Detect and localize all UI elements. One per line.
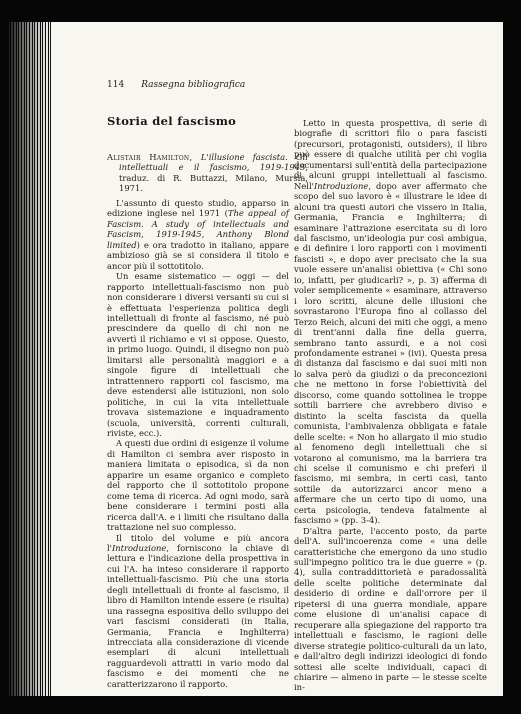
paragraph: Il titolo del volume e più ancora l'Intr…	[107, 533, 289, 690]
paragraph: A questi due ordini di esigenze il volum…	[107, 438, 289, 532]
text-run-italic: Introduzione	[314, 181, 368, 191]
paragraph: Un esame sistematico — oggi — del rappor…	[107, 271, 289, 438]
text-run: A questi due ordini di esigenze il volum…	[107, 438, 289, 532]
book-page: 114 Rassegna bibliografica Storia del fa…	[8, 22, 503, 696]
running-header: 114 Rassegna bibliografica	[107, 80, 245, 90]
spine-shadow-texture	[8, 22, 52, 696]
page-number: 114	[107, 80, 124, 90]
right-column: Letto in questa prospettiva, di serie di…	[294, 118, 487, 693]
section-title: Storia del fascismo	[107, 114, 236, 128]
text-run: , forniscono la chiave di lettura e l'in…	[107, 543, 289, 689]
left-column: L'assunto di questo studio, apparso in e…	[107, 198, 289, 689]
text-run: D'altra parte, l'accento posto, da parte…	[294, 526, 487, 693]
text-run-italic: Introduzione	[112, 543, 166, 553]
text-run: Un esame sistematico — oggi — del rappor…	[107, 271, 289, 438]
journal-title: Rassegna bibliografica	[141, 80, 245, 90]
paragraph: L'assunto di questo studio, apparso in e…	[107, 198, 289, 271]
paragraph: D'altra parte, l'accento posto, da parte…	[294, 526, 487, 693]
text-run: , dopo aver affermato che scopo del suo …	[294, 181, 487, 526]
paragraph: Letto in questa prospettiva, di serie di…	[294, 118, 487, 526]
bib-author: Alistair Hamilton,	[107, 152, 201, 162]
bibliography-entry: Alistair Hamilton, L'illusione fascista.…	[107, 152, 308, 193]
scan-background: 114 Rassegna bibliografica Storia del fa…	[0, 0, 521, 714]
